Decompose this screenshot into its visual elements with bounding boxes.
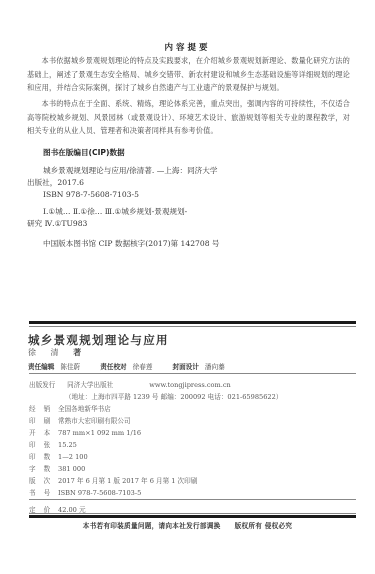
staff-name: 陈佳蔚 <box>60 363 80 371</box>
cip-entry-line: 城乡景观规划理论与应用/徐清著. —上海：同济大学 <box>27 165 252 177</box>
info-label: 印数 <box>29 451 58 461</box>
cip-entry: 城乡景观规划理论与应用/徐清著. —上海：同济大学 出版社，2017.6 ISB… <box>27 165 252 201</box>
author-name: 徐 清 <box>28 348 65 357</box>
info-value: 787 mm×1 092 mm 1/16 <box>58 429 141 437</box>
info-value: 常熟市大宏印刷有限公司 <box>58 415 131 425</box>
author-role: 著 <box>73 348 81 357</box>
cip-isbn: ISBN 978-7-5608-7103-5 <box>27 189 252 201</box>
staff-credits: 责任编辑陈佳蔚 责任校对徐春莲 封面设计潘向蓁 <box>28 361 243 371</box>
author: 徐 清 著 <box>28 347 81 358</box>
info-value: 15.25 <box>58 441 77 449</box>
info-label: 开本 <box>29 427 58 437</box>
quality-notice: 本书若有印装质量问题，请向本社发行部调换 <box>83 522 221 530</box>
info-row: 版次2017 年 6 月第 1 版 2017 年 6 月第 1 次印刷 <box>29 475 197 485</box>
info-row: 经销全国各地新华书店 <box>29 403 111 413</box>
cip-heading: 图书在版编目(CIP)数据 <box>43 147 125 158</box>
book-title: 城乡景观规划理论与应用 <box>28 332 169 348</box>
staff-name: 潘向蓁 <box>205 363 225 371</box>
info-label: 经销 <box>29 403 58 413</box>
info-row: 字数381 000 <box>29 463 85 473</box>
info-label: 印刷 <box>29 415 58 425</box>
cip-number-text: 中国版本图书馆 CIP 数据核字(2017)第 142708 号 <box>27 238 287 250</box>
copyright-notice: 版权所有 侵权必究 <box>235 522 293 530</box>
info-label: 字数 <box>29 463 58 473</box>
info-value: 全国各地新华书店 <box>58 403 111 413</box>
info-row: 印刷常熟市大宏印刷有限公司 <box>29 415 131 425</box>
staff-label: 封面设计 <box>173 363 199 371</box>
info-label: 版次 <box>29 475 58 485</box>
publisher-address: （地址：上海市四平路 1239 号 邮编：200092 电话：021-65985… <box>65 391 282 401</box>
publisher-name: 同济大学出版社 <box>67 379 147 389</box>
bottom-thin-rule <box>29 513 356 514</box>
publisher-label: 出版发行 <box>29 379 65 389</box>
cip-classification: Ⅰ.①城… Ⅱ.①徐… Ⅲ.①城乡规划-景观规划- 研究 Ⅳ.①TU983 <box>27 206 252 230</box>
info-value: 381 000 <box>58 465 85 473</box>
publisher-row: 出版发行 同济大学出版社 www.tongjipress.com.cn <box>29 379 231 389</box>
info-value: 2017 年 6 月第 1 版 2017 年 6 月第 1 次印刷 <box>58 475 197 485</box>
bottom-thick-rule <box>29 515 356 518</box>
info-row: 印数1—2 100 <box>29 451 88 461</box>
publisher-website: www.tongjipress.com.cn <box>149 381 231 389</box>
staff-divider-rule <box>29 373 356 374</box>
summary-title: 内容提要 <box>0 41 375 53</box>
info-label: 书号 <box>29 487 58 497</box>
cip-class-line: 研究 Ⅳ.①TU983 <box>27 218 252 230</box>
info-row: 印张15.25 <box>29 439 77 449</box>
staff-name: 徐春莲 <box>133 363 153 371</box>
cip-entry-line: 出版社，2017.6 <box>27 177 252 189</box>
info-label: 印张 <box>29 439 58 449</box>
staff-label: 责任校对 <box>100 363 126 371</box>
summary-paragraph: 本书的特点在于全面、系统、精炼，理论体系完善，重点突出，强调内容的可持续性，不仅… <box>27 97 350 138</box>
staff-label: 责任编辑 <box>28 363 54 371</box>
footer-notice: 本书若有印装质量问题，请向本社发行部调换版权所有 侵权必究 <box>0 520 375 530</box>
info-value: 1—2 100 <box>58 453 88 461</box>
top-thin-rule <box>29 326 356 327</box>
info-value: ISBN 978-7-5608-7103-5 <box>58 489 141 497</box>
info-row: 开本787 mm×1 092 mm 1/16 <box>29 427 141 437</box>
price-divider-rule <box>29 499 356 500</box>
cip-number: 中国版本图书馆 CIP 数据核字(2017)第 142708 号 <box>27 238 287 250</box>
info-row: 书号ISBN 978-7-5608-7103-5 <box>29 487 141 497</box>
top-thick-rule <box>29 321 356 324</box>
cip-class-line: Ⅰ.①城… Ⅱ.①徐… Ⅲ.①城乡规划-景观规划- <box>27 206 252 218</box>
summary-paragraph: 本书依据城乡景观规划理论的特点及实践要求，在介绍城乡景观规划新理论、数量化研究方… <box>27 54 350 95</box>
